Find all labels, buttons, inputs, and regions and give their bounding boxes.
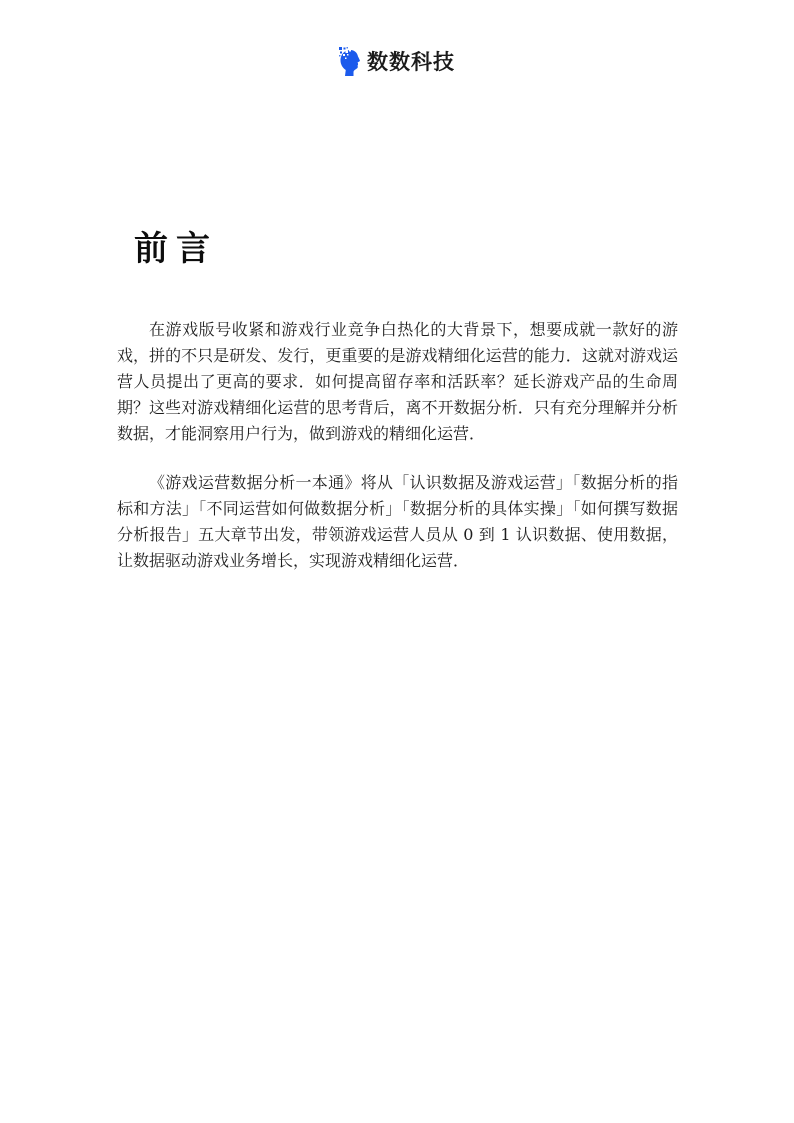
- logo-company-name: 数数科技: [367, 47, 455, 77]
- preface-paragraph-1: 在游戏版号收紧和游戏行业竞争白热化的大背景下，想要成就一款好的游戏，拼的不只是研…: [117, 317, 678, 447]
- document-page: 数数科技 前言 在游戏版号收紧和游戏行业竞争白热化的大背景下，想要成就一款好的游…: [0, 0, 794, 1123]
- pixel-head-profile-icon: [339, 47, 360, 77]
- thinkingdata-logo: 数数科技: [0, 47, 794, 77]
- page-title: 前言: [134, 228, 218, 270]
- preface-body: 在游戏版号收紧和游戏行业竞争白热化的大背景下，想要成就一款好的游戏，拼的不只是研…: [117, 317, 678, 574]
- preface-paragraph-2: 《游戏运营数据分析一本通》将从「认识数据及游戏运营」「数据分析的指标和方法」「不…: [117, 470, 678, 574]
